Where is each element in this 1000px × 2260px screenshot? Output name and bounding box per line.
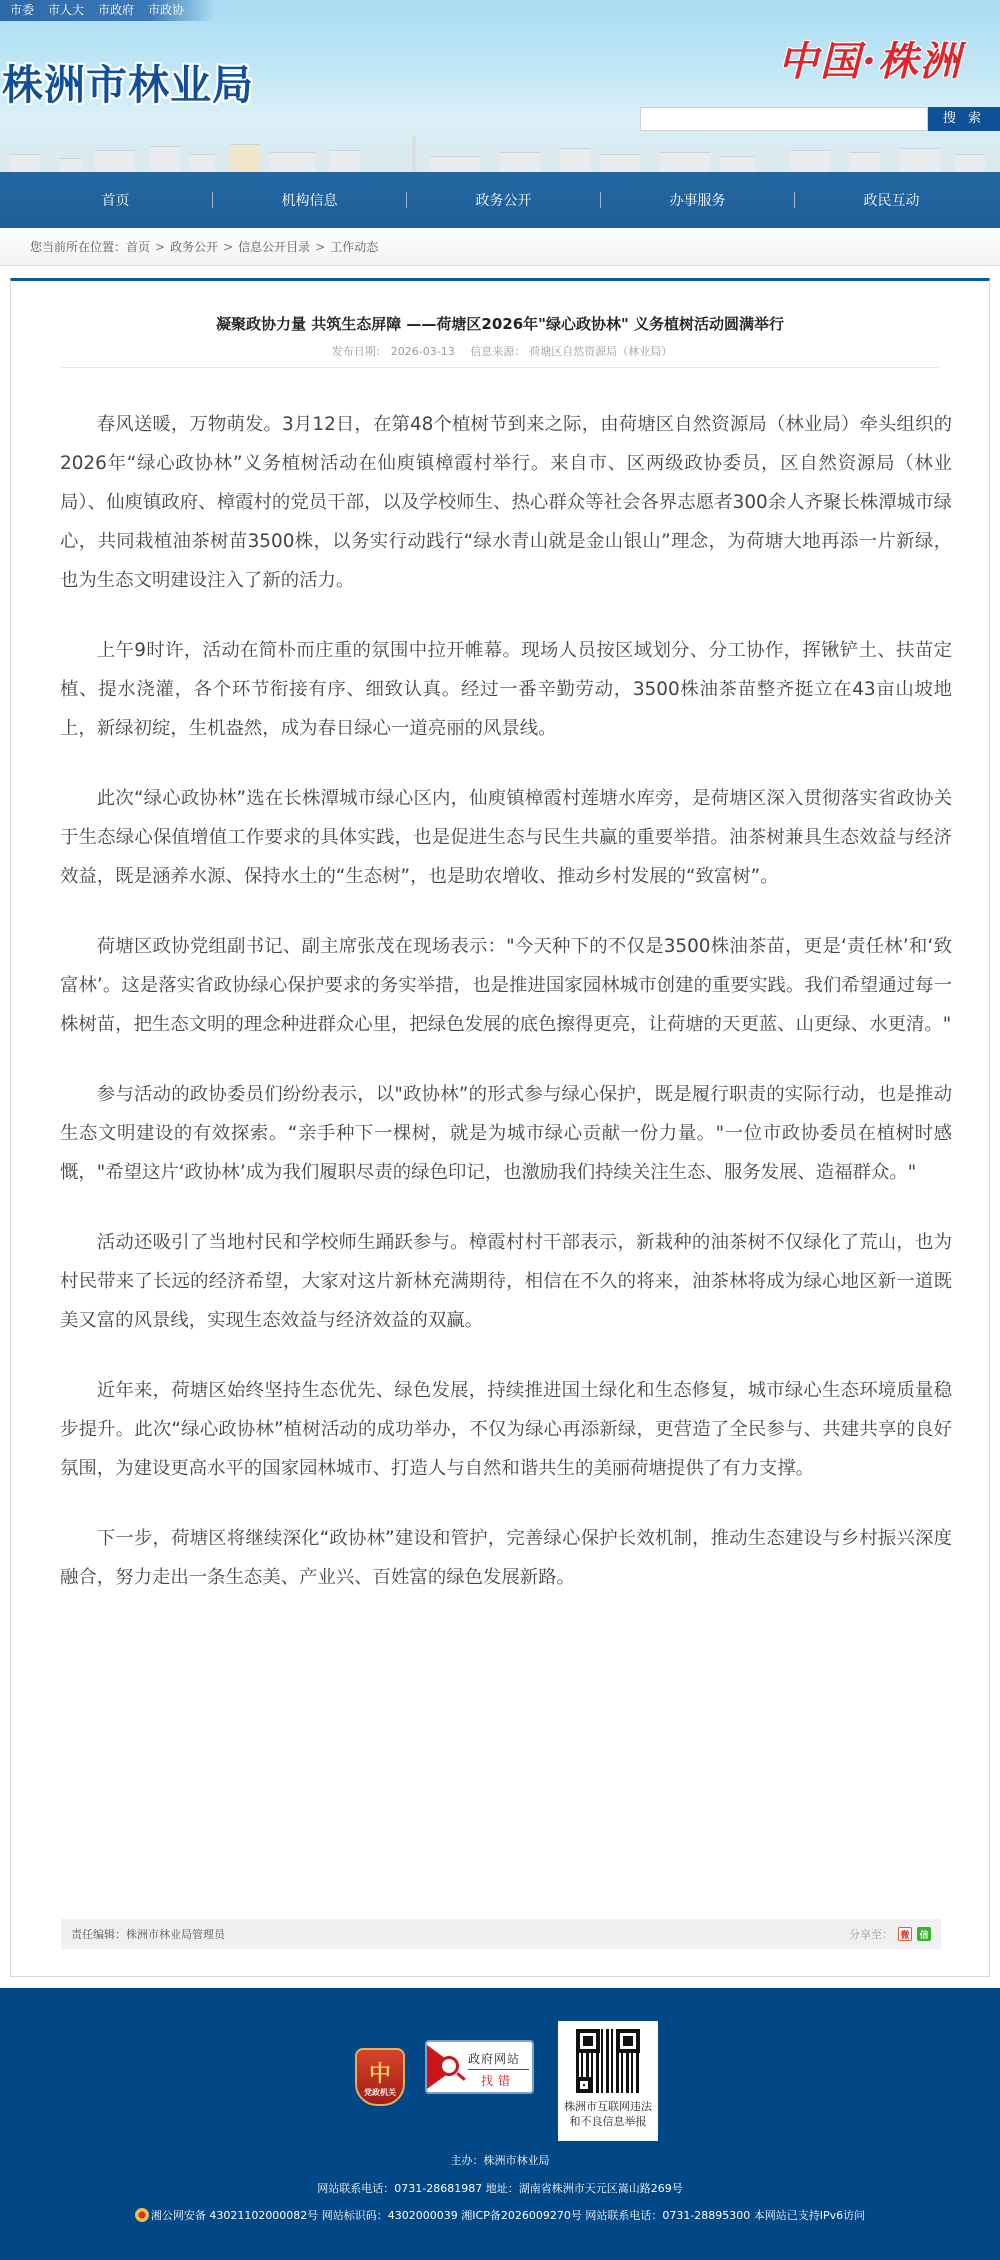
article-paragraph: 此次“绿心政协林”选在长株潭城市绿心区内，仙庾镇樟霞村莲塘水库旁，是荷塘区深入贯… (60, 779, 952, 896)
article-title: 凝聚政协力量 共筑生态屏障 ——荷塘区2026年"绿心政协林" 义务植树活动圆满… (11, 313, 989, 334)
nav-item-gov-affairs[interactable]: 政务公开 (407, 190, 600, 210)
article-paragraph: 参与活动的政协委员们纷纷表示，以"政协林”的形式参与绿心保护，既是履行职责的实际… (60, 1075, 952, 1192)
breadcrumb-prefix: 您当前所在位置： (30, 238, 126, 255)
breadcrumb-separator: > (315, 240, 325, 254)
source: 荷塘区自然资源局（林业局） (529, 345, 672, 358)
qr-caption-line1: 株洲市互联网违法 (564, 2099, 652, 2114)
error-report-line1: 政府网站 (468, 2050, 520, 2067)
article-body: 春风送暖，万物萌发。3月12日，在第48个植树节到来之际，由荷塘区自然资源局（林… (60, 405, 952, 1628)
publish-date-label: 发布日期： (332, 345, 387, 358)
error-report-line2: 找错 (481, 2072, 515, 2089)
report-qr-badge[interactable]: 株洲市互联网违法 和不良信息举报 (558, 2021, 658, 2141)
top-links-bar: 市委 市人大 市政府 市政协 (0, 0, 215, 21)
editor-name: 株洲市林业局管理员 (126, 1928, 225, 1941)
footer-sponsor: 主办：株洲市林业局 (0, 2152, 1000, 2168)
top-link-cppcc[interactable]: 市政协 (148, 0, 184, 21)
breadcrumb-home[interactable]: 首页 (126, 238, 150, 255)
article-paragraph: 下一步，荷塘区将继续深化“政协林”建设和管护，完善绿心保护长效机制，推动生态建设… (60, 1519, 952, 1597)
divider (61, 367, 939, 368)
city-logo: 中国·株洲 (778, 30, 962, 87)
breadcrumb: 您当前所在位置： 首页 > 政务公开 > 信息公开目录 > 工作动态 (0, 228, 1000, 266)
top-link-peoples-congress[interactable]: 市人大 (48, 0, 84, 21)
top-link-government[interactable]: 市政府 (98, 0, 134, 21)
breadcrumb-gov-affairs[interactable]: 政务公开 (170, 238, 218, 255)
publish-date: 2026-03-13 (391, 345, 455, 358)
article-container: 凝聚政协力量 共筑生态屏障 ——荷塘区2026年"绿心政协林" 义务植树活动圆满… (10, 278, 990, 1977)
breadcrumb-separator: > (155, 240, 165, 254)
qr-code-icon (576, 2029, 640, 2093)
article-paragraph: 上午9时许，活动在简朴而庄重的氛围中拉开帷幕。现场人员按区域划分、分工协作，挥锹… (60, 631, 952, 748)
weibo-icon[interactable]: 微 (898, 1927, 912, 1941)
nav-item-home[interactable]: 首页 (19, 190, 212, 210)
source-label: 信息来源： (470, 345, 525, 358)
party-gov-badge[interactable]: 中 党政机关 (355, 2048, 405, 2106)
city-skyline-image (0, 130, 1000, 172)
top-link-party-committee[interactable]: 市委 (10, 0, 34, 21)
breadcrumb-info-catalog[interactable]: 信息公开目录 (238, 238, 310, 255)
footer-record-line: 湘公网安备 43021102000082号 网站标识码：4302000039 湘… (0, 2207, 1000, 2223)
nav-item-interaction[interactable]: 政民互动 (795, 190, 988, 210)
nav-item-organization[interactable]: 机构信息 (213, 190, 406, 210)
breadcrumb-separator: > (223, 240, 233, 254)
article-paragraph: 荷塘区政协党组副书记、副主席张茂在现场表示："今天种下的不仅是3500株油茶苗，… (60, 927, 952, 1044)
site-title[interactable]: 株洲市林业局 (2, 52, 254, 111)
footer-contact: 网站联系电话：0731-28681987 地址：湖南省株洲市天元区嵩山路269号 (0, 2180, 1000, 2196)
site-header: 市委 市人大 市政府 市政协 株洲市林业局 中国·株洲 搜 索 (0, 0, 1000, 172)
breadcrumb-work-news[interactable]: 工作动态 (330, 238, 378, 255)
main-nav: 首页 机构信息 政务公开 办事服务 政民互动 (0, 172, 1000, 228)
article-meta: 发布日期：2026-03-13 信息来源：荷塘区自然资源局（林业局） (11, 343, 989, 359)
editor-bar: 责任编辑：株洲市林业局管理员 分享至： 微 信 (61, 1919, 941, 1949)
party-gov-label: 党政机关 (364, 2087, 396, 2098)
search-button[interactable]: 搜 索 (928, 107, 1000, 131)
magnifier-handle (456, 2072, 466, 2081)
qr-caption: 株洲市互联网违法 和不良信息举报 (564, 2099, 652, 2129)
divider (468, 2069, 529, 2070)
article-paragraph: 近年来，荷塘区始终坚持生态优先、绿色发展，持续推进国土绿化和生态修复，城市绿心生… (60, 1371, 952, 1488)
editor-info: 责任编辑：株洲市林业局管理员 (71, 1926, 225, 1942)
police-badge-icon (135, 2208, 149, 2222)
article-paragraph: 活动还吸引了当地村民和学校师生踊跃参与。樟霞村村干部表示，新栽种的油茶树不仅绿化… (60, 1223, 952, 1340)
wechat-icon[interactable]: 信 (917, 1927, 931, 1941)
qr-caption-line2: 和不良信息举报 (564, 2114, 652, 2129)
footer-record[interactable]: 湘公网安备 43021102000082号 网站标识码：4302000039 湘… (151, 2209, 865, 2222)
party-emblem-icon: 中 (369, 2063, 391, 2087)
gov-site-error-report-badge[interactable]: 政府网站 找错 (425, 2040, 534, 2094)
site-footer: 中 党政机关 政府网站 找错 株洲市互联网违法 和不良信息举报 主办：株洲市林业… (0, 1988, 1000, 2260)
search-input[interactable] (640, 107, 928, 131)
share-bar: 分享至： 微 信 (849, 1926, 931, 1942)
share-label: 分享至： (849, 1926, 893, 1942)
nav-item-services[interactable]: 办事服务 (601, 190, 794, 210)
article-paragraph: 春风送暖，万物萌发。3月12日，在第48个植树节到来之际，由荷塘区自然资源局（林… (60, 405, 952, 600)
editor-label: 责任编辑： (71, 1928, 126, 1941)
